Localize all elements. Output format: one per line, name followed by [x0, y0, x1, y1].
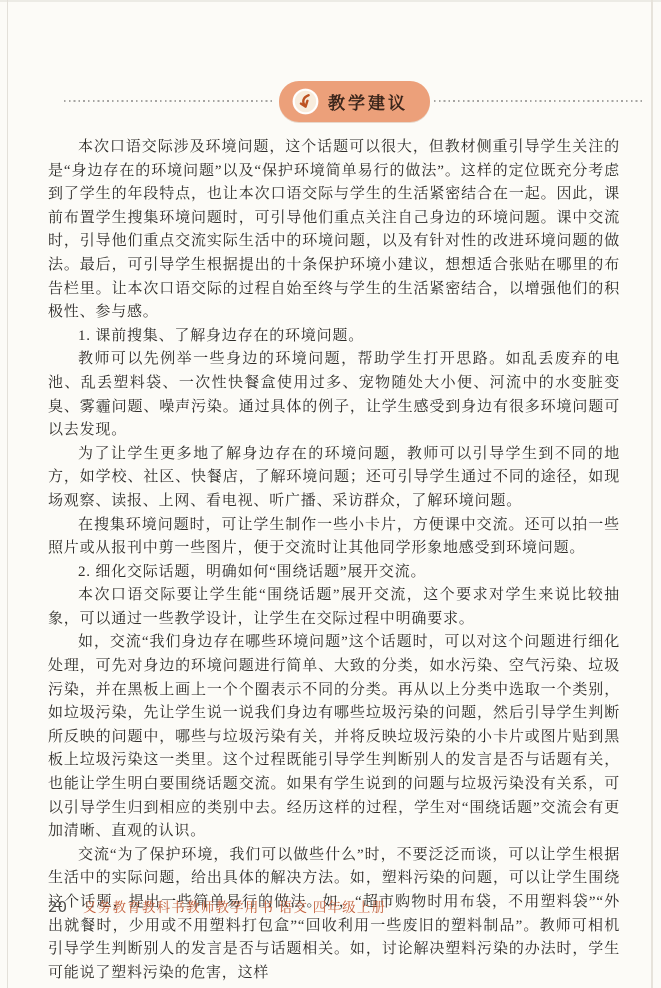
- page-number: 20: [48, 898, 67, 916]
- paragraph-intro: 本次口语交际涉及环境问题，这个话题可以很大，但教材侧重引导学生关注的是“身边存在…: [48, 136, 620, 325]
- page-footer: 20 义务教育教科书教师教学用书 语文 四年级上册: [48, 896, 386, 916]
- badge-label: 教学建议: [328, 89, 408, 114]
- book-title: 义务教育教科书教师教学用书 语文 四年级上册: [83, 896, 386, 916]
- page-left-edge: [7, 0, 8, 988]
- section-header: 教学建议: [64, 80, 645, 122]
- teaching-advice-badge: 教学建议: [279, 81, 430, 122]
- arrow-down-right-icon: [292, 88, 319, 115]
- paragraph-topic: 本次口语交际要让学生能“围绕话题”展开交流，这个要求对学生来说比较抽象，可以通过…: [48, 584, 620, 631]
- heading-item-2: 2. 细化交际话题，明确如何“围绕话题”展开交流。: [48, 561, 620, 585]
- paragraph-examples: 教师可以先例举一些身边的环境问题，帮助学生打开思路。如乱丢废弃的电池、乱丢塑料袋…: [48, 348, 620, 442]
- dotted-rule-right: [434, 100, 645, 102]
- paragraph-places: 为了让学生更多地了解身边存在的环境问题，教师可以引导学生到不同的地方，如学校、社…: [48, 443, 620, 514]
- paragraph-cards: 在搜集环境问题时，可让学生制作一些小卡片，方便课中交流。还可以拍一些照片或从报刊…: [48, 514, 620, 561]
- paragraph-classify: 如，交流“我们身边存在哪些环境问题”这个话题时，可以对这个问题进行细化处理，可先…: [48, 631, 620, 843]
- body-text: 本次口语交际涉及环境问题，这个话题可以很大，但教材侧重引导学生关注的是“身边存在…: [48, 136, 620, 985]
- dotted-rule-left: [64, 100, 275, 102]
- scanned-book-page: 教学建议 本次口语交际涉及环境问题，这个话题可以很大，但教材侧重引导学生关注的是…: [0, 0, 661, 988]
- page-right-edge: [651, 0, 653, 988]
- page-top-edge: [0, 0, 661, 2]
- heading-item-1: 1. 课前搜集、了解身边存在的环境问题。: [48, 325, 620, 349]
